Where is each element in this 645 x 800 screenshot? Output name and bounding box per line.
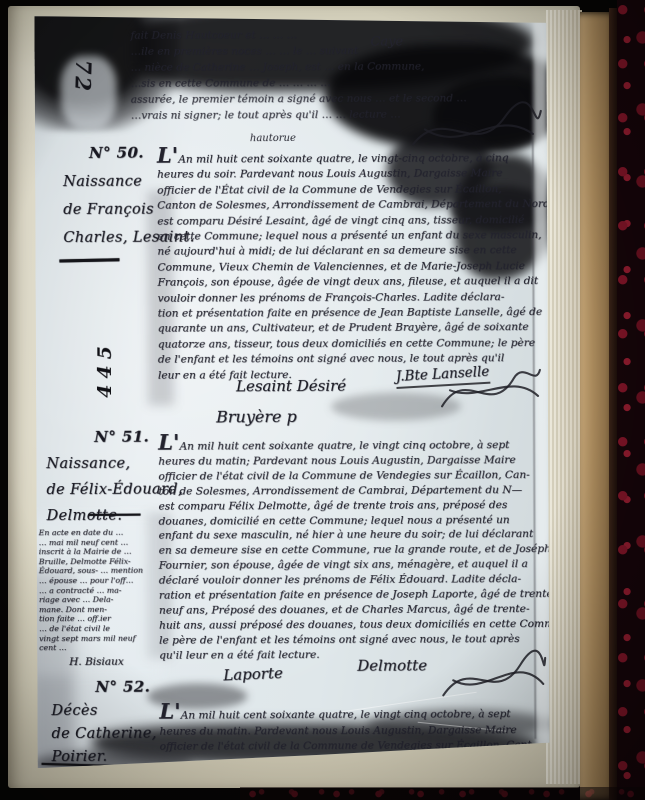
margin-entry-line: de Félix-Édouard, xyxy=(46,482,176,499)
act-line: officier de l'état civil de la Commune d… xyxy=(158,468,546,485)
margin-rule xyxy=(89,514,141,516)
marginal-note: En acte en date du …… mai mil neuf cent … xyxy=(39,528,164,653)
act-line: en sa demeure sise en cette Commune, rue… xyxy=(159,542,547,559)
signature-witness: Bruyère p xyxy=(216,407,297,426)
folio-number: 72 xyxy=(70,59,96,93)
act-line: déclaré vouloir donner les prénoms de Fé… xyxy=(159,572,547,589)
signature-flourish xyxy=(436,356,546,424)
act-line: officier de l'État civil de la Commune d… xyxy=(157,182,545,199)
marginal-note-line: cent … xyxy=(39,643,163,653)
marginal-note-line: riage avec … Dela- xyxy=(39,595,163,605)
marginal-note-line: Édouard, sous- … mention xyxy=(39,566,163,576)
back-board-edge xyxy=(580,12,609,800)
act-2-text: L'An mil huit cent soixante quatre, le v… xyxy=(158,434,547,663)
act-line: heures du soir. Pardevant nous Louis Aug… xyxy=(157,166,545,183)
act-line: quarante un ans, Cultivateur, et de Prud… xyxy=(158,320,546,337)
board-dark-edge xyxy=(609,8,617,800)
interline-word: hautorue xyxy=(250,133,296,144)
act-line: en cette Commune; lequel nous a présenté… xyxy=(157,228,545,245)
act-line: est comparu Désiré Lesaint, âgé de vingt… xyxy=(157,213,545,230)
act-line: Canton de Solesmes, Arrondissement de Ca… xyxy=(157,197,545,214)
margin-entry-51: N° 51. Naissance,de Félix-Édouard,Delmot… xyxy=(46,428,176,525)
act-line: est comparu Félix Delmotte, âgé de trent… xyxy=(158,498,546,515)
marginal-note-line: … a contracté … ma- xyxy=(39,585,163,595)
act-line: ration et présentation faite en présence… xyxy=(159,587,547,604)
handwritten-line: … nièce de Catherine … Joseph, est … en … xyxy=(131,58,535,76)
act-line: douanes, domicilié en cette Commune; leq… xyxy=(159,512,547,529)
photostat-print: 72 445 fait Denis Hautcoeur et … … ……ile… xyxy=(34,14,549,768)
signature-witness: Laporte xyxy=(223,664,283,684)
handwritten-line: fait Denis Hautcoeur et … … … xyxy=(130,26,534,44)
marbled-cover xyxy=(617,0,645,800)
act-line: L'An mil huit cent soixante quatre, le v… xyxy=(158,434,546,455)
signature-father: Delmotte xyxy=(357,656,427,674)
act-number: N° 52. xyxy=(51,678,176,697)
marginal-note-line: … de l'état civil le xyxy=(39,624,163,634)
signature-father: Lesaint Désiré xyxy=(236,377,346,395)
marginal-note-signature: H. Bisiaux xyxy=(69,656,124,668)
act-line: né aujourd'hui à midi; de lui déclarant … xyxy=(157,243,545,260)
act-line: tion et présentation faite en présence d… xyxy=(158,305,546,322)
act-line: enfant du sexe masculin, né hier à une h… xyxy=(159,527,547,544)
handwritten-line: …ile en premières noces … … le … suivant xyxy=(130,42,534,60)
act-line: vouloir donner les prénoms de François-C… xyxy=(158,290,546,307)
photographed-register-book: 72 445 fait Denis Hautcoeur et … … ……ile… xyxy=(0,0,645,800)
act-1-text: L'An mil huit cent soixante quatre, le v… xyxy=(157,146,546,384)
marginal-note-line: En acte en date du … xyxy=(39,528,163,538)
margin-entry-line: de Catherine, xyxy=(51,726,176,743)
marginal-note-line: inscrit à la Mairie de … xyxy=(39,547,163,557)
stamp-number: 445 xyxy=(94,340,116,398)
act-number: N° 51. xyxy=(46,428,176,447)
act-line: quatorze ans, tisseur, tous deux domicil… xyxy=(158,336,546,353)
margin-entry-line: Décès xyxy=(51,703,176,720)
marbled-cover-bottom xyxy=(240,787,645,800)
isolated-word: Caye xyxy=(370,35,403,50)
marginal-note-line: mane. Dont men- xyxy=(39,604,163,614)
margin-entry-line: Naissance, xyxy=(46,456,176,473)
act-line: François, son épouse, âgée de vingt deux… xyxy=(157,274,545,291)
marginal-note-line: … mai mil neuf cent … xyxy=(39,537,163,547)
handwritten-line: …sis en cette Commune de … … … … xyxy=(131,74,535,92)
marginal-note-line: tion faite … off.ier xyxy=(39,614,163,624)
margin-entry-52: N° 52. Décèsde Catherine,Poirier. xyxy=(51,678,176,766)
act-line: Commune, Vieux Chemin de Valenciennes, e… xyxy=(157,259,545,276)
marginal-note-line: … épouse … pour l'off… xyxy=(39,576,163,586)
act-line: heures du matin. Pardevant nous Louis Au… xyxy=(159,722,549,739)
page-edges-stack xyxy=(546,10,582,784)
act-line: L'An mil huit cent soixante quatre, le v… xyxy=(157,146,545,168)
act-line: huit ans, aussi préposé des douanes, tou… xyxy=(159,617,547,634)
act-line: Fournier, son épouse, âgée de vingt six … xyxy=(159,557,547,574)
act-line: L'An mil huit cent soixante quatre, le v… xyxy=(159,702,549,724)
act-line: ton de Solesmes, Arrondissement de Cambr… xyxy=(158,483,546,500)
act-line: heures du matin; Pardevant nous Louis Au… xyxy=(158,453,546,470)
act-line: neuf ans, Préposé des douanes, et de Cha… xyxy=(159,602,547,619)
marginal-note-line: vingt sept mars mil neuf xyxy=(39,633,163,643)
margin-rule xyxy=(59,258,119,262)
